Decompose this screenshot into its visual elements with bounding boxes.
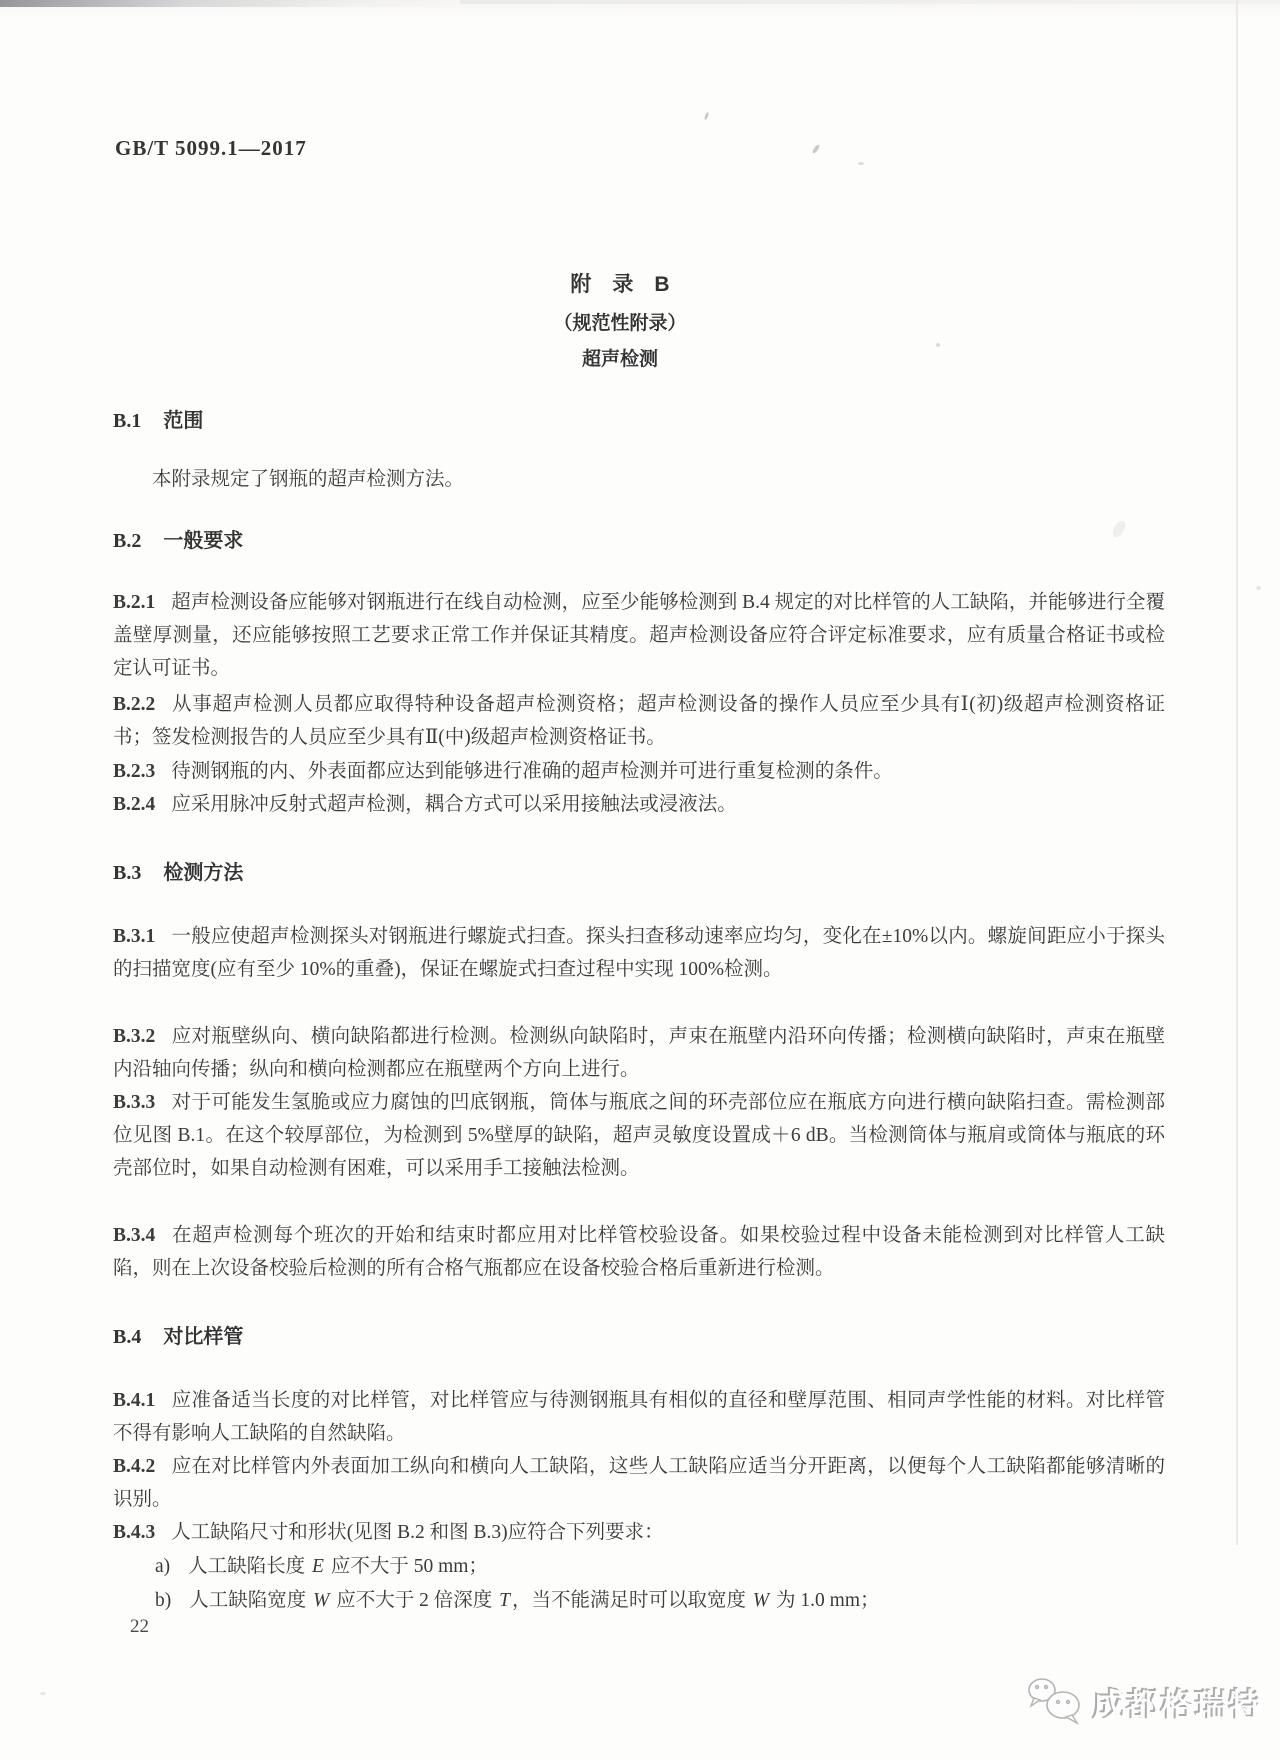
section-title: 范围 bbox=[163, 410, 203, 432]
clause-number: B.4.1 bbox=[113, 1390, 155, 1411]
section-heading-b3: B.3检测方法 bbox=[113, 856, 1165, 885]
variable-W: W bbox=[753, 1590, 769, 1611]
item-text-part: 应不大于 2 倍深度 bbox=[331, 1590, 497, 1611]
clause-text: 应采用脉冲反射式超声检测，耦合方式可以采用接触法或浸液法。 bbox=[171, 794, 737, 815]
document-number-header: GB/T 5099.1—2017 bbox=[115, 136, 307, 161]
section-number: B.3 bbox=[113, 862, 141, 884]
clause-text: 在超声检测每个班次的开始和结束时都应用对比样管校验设备。如果校验过程中设备未能检… bbox=[113, 1225, 1165, 1279]
clause-b2-4: B.2.4应采用脉冲反射式超声检测，耦合方式可以采用接触法或浸液法。 bbox=[113, 788, 1165, 821]
clause-b2-2: B.2.2从事超声检测人员都应取得特种设备超声检测资格；超声检测设备的操作人员应… bbox=[113, 688, 1165, 754]
variable-T: T bbox=[499, 1590, 510, 1611]
clause-number: B.3.1 bbox=[113, 926, 155, 947]
document-page: GB/T 5099.1—2017 附 录 B （规范性附录） 超声检测 B.1范… bbox=[0, 0, 1280, 1760]
clause-text: 人工缺陷尺寸和形状(见图 B.2 和图 B.3)应符合下列要求： bbox=[171, 1522, 663, 1543]
clause-b3-3: B.3.3对于可能发生氢脆或应力腐蚀的凹底钢瓶，筒体与瓶底之间的环壳部位应在瓶底… bbox=[113, 1086, 1165, 1185]
item-text-part: ，当不能满足时可以取宽度 bbox=[512, 1590, 751, 1611]
clause-b4-1: B.4.1应准备适当长度的对比样管，对比样管应与待测钢瓶具有相似的直径和壁厚范围… bbox=[113, 1384, 1165, 1450]
item-text-part: 人工缺陷长度 bbox=[188, 1556, 310, 1577]
clause-number: B.3.4 bbox=[113, 1225, 155, 1246]
item-label: a) bbox=[155, 1556, 170, 1577]
list-item-a: a)人工缺陷长度 E 应不大于 50 mm； bbox=[155, 1550, 1155, 1583]
item-text: 人工缺陷宽度 W 应不大于 2 倍深度 T，当不能满足时可以取宽度 W 为 1.… bbox=[189, 1590, 879, 1611]
list-item-b: b)人工缺陷宽度 W 应不大于 2 倍深度 T，当不能满足时可以取宽度 W 为 … bbox=[155, 1584, 1155, 1617]
scan-top-edge-shadow bbox=[0, 0, 460, 7]
clause-b2-1: B.2.1超声检测设备应能够对钢瓶进行在线自动检测，应至少能够检测到 B.4 规… bbox=[113, 586, 1165, 685]
clause-b4-2: B.4.2应在对比样管内外表面加工纵向和横向人工缺陷，这些人工缺陷应适当分开距离… bbox=[113, 1450, 1165, 1516]
clause-text: 待测钢瓶的内、外表面都应达到能够进行准确的超声检测并可进行重复检测的条件。 bbox=[171, 761, 893, 782]
clause-b2-3: B.2.3待测钢瓶的内、外表面都应达到能够进行准确的超声检测并可进行重复检测的条… bbox=[113, 755, 1165, 788]
paragraph-b1-body: 本附录规定了钢瓶的超声检测方法。 bbox=[113, 463, 1165, 496]
item-text: 人工缺陷长度 E 应不大于 50 mm； bbox=[188, 1556, 488, 1577]
scan-fold-line bbox=[1236, 0, 1238, 1545]
wechat-icon bbox=[1025, 1675, 1087, 1732]
clause-number: B.3.2 bbox=[113, 1026, 155, 1047]
item-text-part: 人工缺陷宽度 bbox=[189, 1590, 311, 1611]
section-heading-b1: B.1范围 bbox=[113, 404, 1165, 433]
clause-number: B.3.3 bbox=[113, 1092, 155, 1113]
variable-W: W bbox=[313, 1590, 329, 1611]
appendix-subtitle: （规范性附录） bbox=[0, 308, 1240, 335]
clause-b3-2: B.3.2应对瓶壁纵向、横向缺陷都进行检测。检测纵向缺陷时，声束在瓶壁内沿环向传… bbox=[113, 1020, 1165, 1086]
clause-text: 对于可能发生氢脆或应力腐蚀的凹底钢瓶，筒体与瓶底之间的环壳部位应在瓶底方向进行横… bbox=[113, 1092, 1165, 1179]
section-heading-b4: B.4对比样管 bbox=[113, 1320, 1165, 1349]
item-text-part: 为 1.0 mm； bbox=[771, 1590, 879, 1611]
watermark-text: 成都格瑞特 bbox=[1093, 1680, 1263, 1727]
section-number: B.4 bbox=[113, 1326, 141, 1348]
clause-text: 一般应使超声检测探头对钢瓶进行螺旋式扫查。探头扫查移动速率应均匀，变化在±10%… bbox=[113, 926, 1165, 980]
clause-number: B.2.1 bbox=[113, 592, 155, 613]
section-number: B.2 bbox=[113, 530, 141, 552]
clause-number: B.2.4 bbox=[113, 794, 155, 815]
scan-speck bbox=[858, 162, 864, 165]
appendix-title: 附 录 B bbox=[0, 268, 1240, 298]
section-heading-b2: B.2一般要求 bbox=[113, 524, 1165, 553]
scan-top-edge-shadow-light bbox=[460, 0, 1280, 4]
scan-speck bbox=[704, 112, 710, 121]
section-title: 一般要求 bbox=[163, 530, 243, 552]
clause-text: 应对瓶壁纵向、横向缺陷都进行检测。检测纵向缺陷时，声束在瓶壁内沿环向传播；检测横… bbox=[113, 1026, 1165, 1080]
item-text-part: 应不大于 50 mm； bbox=[326, 1556, 488, 1577]
clause-text: 应准备适当长度的对比样管，对比样管应与待测钢瓶具有相似的直径和壁厚范围、相同声学… bbox=[113, 1390, 1165, 1444]
scan-speck bbox=[1256, 586, 1261, 590]
clause-b3-1: B.3.1一般应使超声检测探头对钢瓶进行螺旋式扫查。探头扫查移动速率应均匀，变化… bbox=[113, 920, 1165, 986]
clause-b4-3: B.4.3人工缺陷尺寸和形状(见图 B.2 和图 B.3)应符合下列要求： bbox=[113, 1516, 1165, 1549]
scan-speck bbox=[40, 1692, 46, 1695]
variable-E: E bbox=[312, 1556, 324, 1577]
item-label: b) bbox=[155, 1590, 171, 1611]
section-title: 检测方法 bbox=[163, 862, 243, 884]
page-number: 22 bbox=[130, 1616, 149, 1638]
clause-number: B.4.3 bbox=[113, 1522, 155, 1543]
appendix-name: 超声检测 bbox=[0, 344, 1240, 371]
clause-text: 超声检测设备应能够对钢瓶进行在线自动检测，应至少能够检测到 B.4 规定的对比样… bbox=[113, 592, 1165, 679]
section-number: B.1 bbox=[113, 410, 141, 432]
clause-number: B.4.2 bbox=[113, 1456, 155, 1477]
scan-speck bbox=[811, 144, 820, 154]
clause-number: B.2.2 bbox=[113, 694, 155, 715]
clause-text: 应在对比样管内外表面加工纵向和横向人工缺陷，这些人工缺陷应适当分开距离，以便每个… bbox=[113, 1456, 1165, 1510]
clause-b3-4: B.3.4在超声检测每个班次的开始和结束时都应用对比样管校验设备。如果校验过程中… bbox=[113, 1219, 1165, 1285]
watermark: 成都格瑞特 bbox=[1025, 1668, 1275, 1738]
clause-text: 从事超声检测人员都应取得特种设备超声检测资格；超声检测设备的操作人员应至少具有Ⅰ… bbox=[113, 694, 1165, 748]
clause-number: B.2.3 bbox=[113, 761, 155, 782]
section-title: 对比样管 bbox=[163, 1326, 243, 1348]
